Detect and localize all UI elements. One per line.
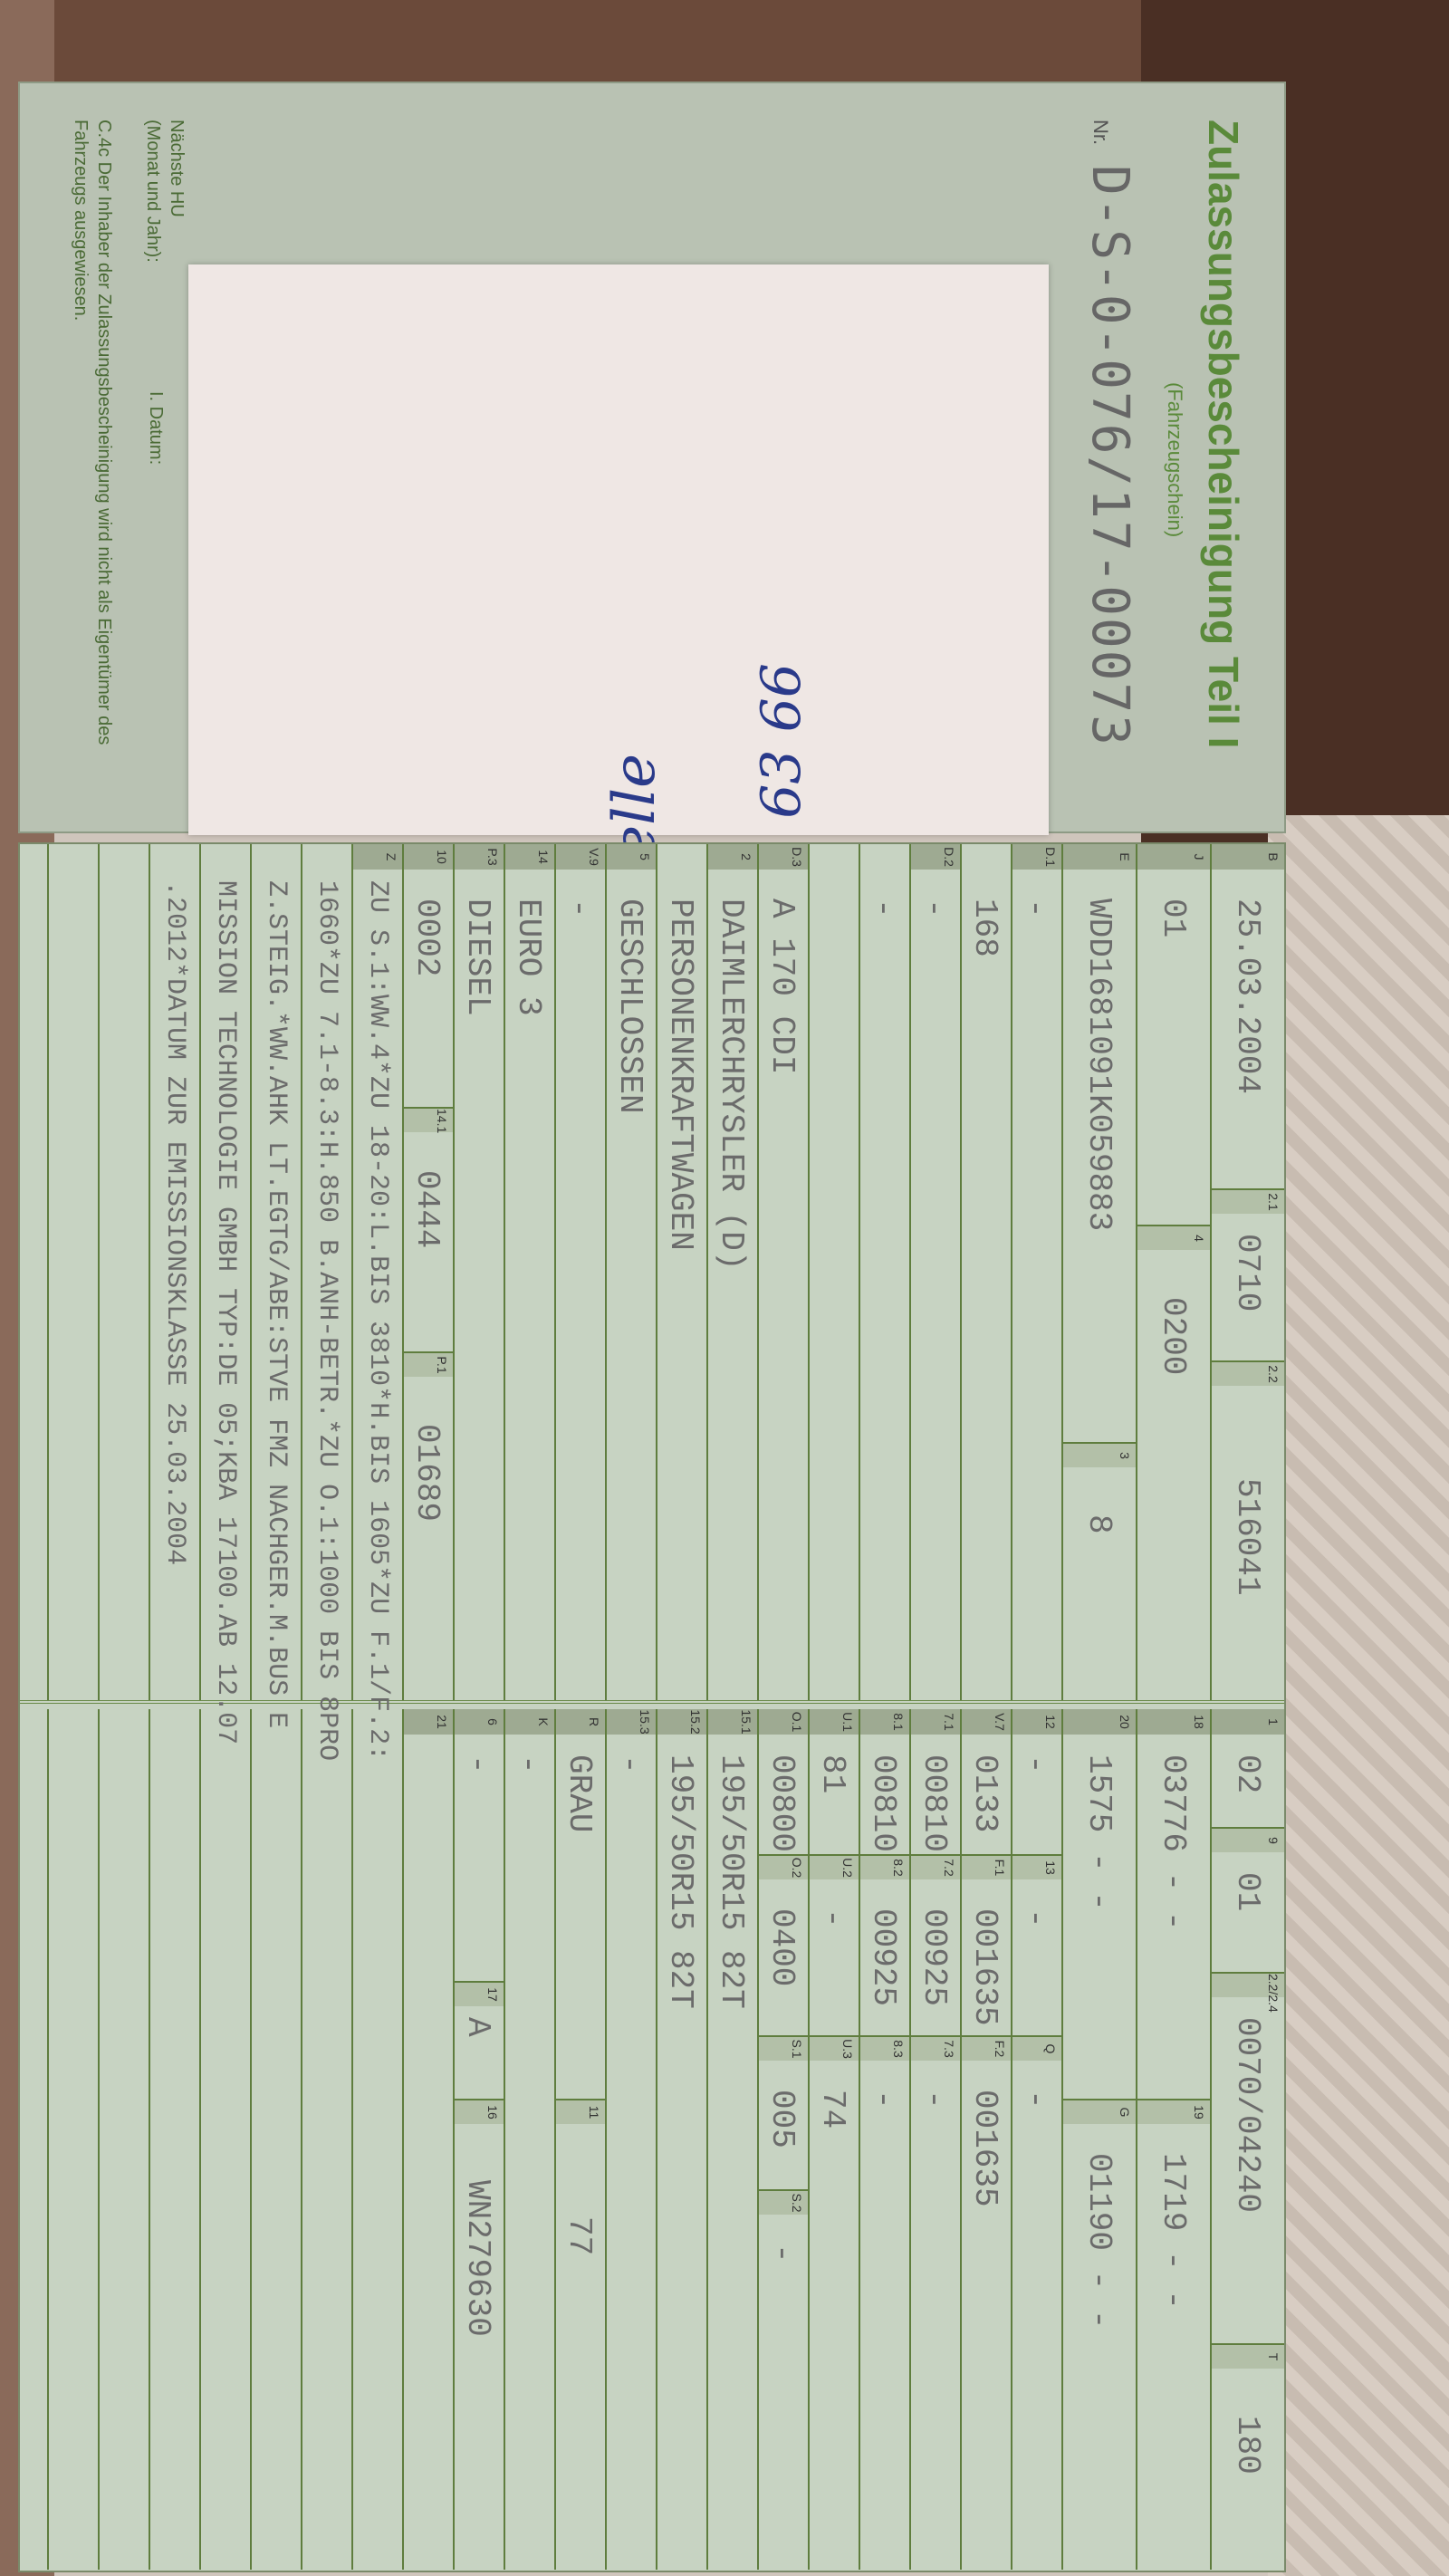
row-Z4: MISSION TECHNOLOGIE GMBH TYP:DE 05;KBA 1… <box>199 844 250 1700</box>
field-code: 15.2 <box>657 1709 706 1735</box>
variant-value: - <box>916 899 953 918</box>
body-style: GESCHLOSSEN <box>611 899 648 1114</box>
remarks-line-1: ZU S.1:WW.4*ZU 18-20:L.BIS 3810*H.BIS 16… <box>362 880 393 1761</box>
vehicle-class: 01 <box>1155 899 1192 937</box>
field-code: 17 <box>455 1981 504 2006</box>
row-2b: PERSONENKRAFTWAGEN <box>656 844 706 1700</box>
row-empty-1 <box>98 844 149 1700</box>
field-code: 9 <box>1212 1827 1284 1852</box>
towing-unbraked: 0400 <box>763 1908 801 1986</box>
owner-note: C.4c Der Inhaber der Zulassungsbescheini… <box>69 120 116 826</box>
tyre-axle-2: 195/50R15 82T <box>662 1754 699 2009</box>
row-empty-r5 <box>149 1709 199 2570</box>
towing-braked: 00800 <box>763 1754 801 1852</box>
field-code: 4 <box>1137 1225 1210 1250</box>
field-code: 2.1 <box>1212 1188 1284 1214</box>
field-9-value: 01 <box>1229 1872 1266 1911</box>
field-code: U.1 <box>810 1709 859 1735</box>
row-D1: D.1 - <box>1011 844 1061 1700</box>
model-name: A 170 CDI <box>763 899 801 1074</box>
field-2-2-value: 516041 <box>1229 1478 1266 1596</box>
remarks-line-4: MISSION TECHNOLOGIE GMBH TYP:DE 05;KBA 1… <box>210 880 241 1745</box>
noise-rpm: - <box>814 1908 851 1928</box>
axle-load-2: 00925 <box>916 1908 953 2006</box>
field-code: 10 <box>404 844 453 870</box>
field-code: 15.1 <box>708 1709 757 1735</box>
field-code: B <box>1212 844 1284 870</box>
first-registration-date: 25.03.2004 <box>1229 899 1266 1094</box>
axle-load-8-3: - <box>865 2090 902 2110</box>
check-digit: 8 <box>1080 1514 1118 1534</box>
field-code: V.9 <box>556 844 605 870</box>
vin: WDD1681091K059883 <box>1080 899 1118 1231</box>
field-code: D.2 <box>911 844 960 870</box>
field-code: G <box>1063 2099 1136 2124</box>
row-21: 21 <box>402 1709 453 2570</box>
field-q-value: - <box>1017 2090 1054 2110</box>
document-number: D-S-0-076/17-00073 <box>1080 165 1139 747</box>
height: 1575 - - <box>1080 1754 1118 1911</box>
color: GRAU <box>561 1754 598 1832</box>
field-code: 8.3 <box>860 2035 909 2061</box>
field-12-value: - <box>1017 1754 1054 1774</box>
row-V7: V.7 0133 F.1 001635 F.2 001635 <box>960 1709 1011 2570</box>
row-P3: P.3 DIESEL <box>453 844 504 1700</box>
row-U1: U.1 81 U.2 - U.3 74 <box>808 1709 859 2570</box>
document-title: Zulassungsbescheinigung Teil I <box>1199 120 1248 748</box>
emission-standard: EURO 3 <box>510 899 547 1016</box>
document-subtitle: (Fahrzeugschein) <box>1163 382 1186 537</box>
field-code: 16 <box>455 2099 504 2124</box>
background-blanket <box>1268 815 1449 2576</box>
row-D2: D.2 - <box>909 844 960 1700</box>
type-approval-number: - <box>510 1754 547 1774</box>
field-code: D.3 <box>759 844 808 870</box>
field-code: 1 <box>1212 1709 1284 1735</box>
row-12: 12 - 13 - Q - <box>1011 1709 1061 2570</box>
field-code: 19 <box>1137 2099 1210 2124</box>
row-V9: V.9 - <box>554 844 605 1700</box>
field-code: Q <box>1012 2035 1061 2061</box>
row-empty-r2 <box>301 1709 351 2570</box>
field-code: Z <box>353 844 402 870</box>
body-type-code: 0200 <box>1155 1297 1192 1375</box>
field-code: P.3 <box>455 844 504 870</box>
field-code: 13 <box>1012 1854 1061 1879</box>
remarks-line-3: Z.STEIG.*WW.AHK LT.EGTG/ABE:STVE FMZ NAC… <box>261 880 292 1728</box>
row-empty-r3 <box>250 1709 301 2570</box>
row-Z2: 1660*ZU 7.1-8.3:H.850 B.ANH-BETR.*ZU O.1… <box>301 844 351 1700</box>
field-code: U.2 <box>810 1854 859 1879</box>
field-code: 8.2 <box>860 1854 909 1879</box>
registration-document: Zulassungsbescheinigung Teil I (Fahrzeug… <box>18 82 1286 2572</box>
row-D1b: 168 <box>960 844 1011 1700</box>
fuel-type: DIESEL <box>459 899 496 1016</box>
tyre-axle-3: - <box>611 1754 648 1774</box>
field-code: 8.1 <box>860 1709 909 1735</box>
width: 1719 - - <box>1155 2153 1192 2310</box>
row-15-3: 15.3 - <box>605 1709 656 2570</box>
color-code: 77 <box>561 2216 598 2255</box>
field-code: J <box>1137 844 1210 870</box>
field-1-value: 02 <box>1229 1754 1266 1793</box>
row-Z3: Z.STEIG.*WW.AHK LT.EGTG/ABE:STVE FMZ NAC… <box>250 844 301 1700</box>
noise-standing: 81 <box>814 1754 851 1793</box>
field-code: T <box>1212 2343 1284 2369</box>
max-speed: 180 <box>1229 2416 1266 2475</box>
part2-number: WN279630 <box>459 2180 496 2337</box>
field-code: O.2 <box>759 1854 808 1879</box>
background-top <box>0 0 1141 91</box>
field-code: E <box>1063 844 1136 870</box>
field-17-value: A <box>459 2017 496 2037</box>
field-code: 20 <box>1063 1709 1136 1735</box>
row-2: 2 DAIMLERCHRYSLER (D) <box>706 844 757 1700</box>
co2-value: 0133 <box>966 1754 1003 1832</box>
field-2-2-2-4-value: 0070/04240 <box>1229 2017 1266 2213</box>
field-code: 6 <box>455 1709 504 1735</box>
row-7-1: 7.1 00810 7.2 00925 7.3 - <box>909 1709 960 2570</box>
field-6-value: - <box>459 1754 496 1774</box>
data-page: B 25.03.2004 2.1 0710 2.2 516041 J 01 4 … <box>18 842 1286 2572</box>
row-10: 10 0002 14.1 0444 P.1 01689 <box>402 844 453 1700</box>
field-14-1-value: 0444 <box>408 1170 446 1248</box>
field-code: U.3 <box>810 2035 859 2061</box>
number-label: Nr. <box>1089 120 1112 145</box>
row-R: R GRAU 11 77 <box>554 1709 605 2570</box>
row-blank <box>808 844 859 1700</box>
field-code: S.2 <box>759 2189 808 2215</box>
row-B: B 25.03.2004 2.1 0710 2.2 516041 <box>1210 844 1284 1700</box>
seats: 005 <box>763 2090 801 2148</box>
max-mass-f1: 001635 <box>966 1908 1003 2026</box>
emission-class-v9: - <box>561 899 598 918</box>
field-code: F.1 <box>962 1854 1011 1879</box>
field-code: V.7 <box>962 1709 1011 1735</box>
field-code: 14.1 <box>404 1107 453 1132</box>
field-code: 15.3 <box>607 1709 656 1735</box>
axle-load-1: 00810 <box>916 1754 953 1852</box>
field-code: 2.2 <box>1212 1360 1284 1386</box>
remarks-line-5: .2012*DATUM ZUR EMISSIONSKLASSE 25.03.20… <box>159 880 190 1565</box>
axle-load-8-1: 00810 <box>865 1754 902 1852</box>
row-15-2: 15.2 195/50R15 82T <box>656 1709 706 2570</box>
field-code: 3 <box>1063 1442 1136 1467</box>
vehicle-type: PERSONENKRAFTWAGEN <box>662 899 699 1251</box>
field-code: F.2 <box>962 2035 1011 2061</box>
row-D3: D.3 A 170 CDI <box>757 844 808 1700</box>
row-15-1: 15.1 195/50R15 82T <box>706 1709 757 2570</box>
version-value: - <box>865 899 902 918</box>
right-data-half: 1 02 9 01 2.2/2.4 0070/04240 T 180 18 03… <box>20 1709 1284 2570</box>
cover-page: Zulassungsbescheinigung Teil I (Fahrzeug… <box>18 82 1286 833</box>
field-code: 12 <box>1012 1709 1061 1735</box>
row-D2b: - <box>859 844 909 1700</box>
next-hu-label: Nächste HU (Monat und Jahr): <box>141 120 188 263</box>
row-6: 6 - 17 A 16 WN279630 <box>453 1709 504 2570</box>
noise-driving: 74 <box>814 2090 851 2129</box>
field-code: 7.1 <box>911 1709 960 1735</box>
axle-load-3: - <box>916 2090 953 2110</box>
row-K: K - <box>504 1709 554 2570</box>
field-code: 2.2/2.4 <box>1212 1972 1284 1997</box>
row-empty-r4 <box>199 1709 250 2570</box>
axle-load-8-2: 00925 <box>865 1908 902 2006</box>
field-code: R <box>556 1709 605 1735</box>
field-code: 18 <box>1137 1709 1210 1735</box>
row-1: 1 02 9 01 2.2/2.4 0070/04240 T 180 <box>1210 1709 1284 2570</box>
row-18: 18 03776 - - 19 1719 - - <box>1136 1709 1210 2570</box>
field-2-1-value: 0710 <box>1229 1234 1266 1312</box>
remarks-line-2: 1660*ZU 7.1-8.3:H.850 B.ANH-BETR.*ZU O.1… <box>312 880 342 1761</box>
field-code: 5 <box>607 844 656 870</box>
tyre-axle-1: 195/50R15 82T <box>713 1754 750 2009</box>
row-O1: O.1 00800 O.2 0400 S.1 005 S.2 - <box>757 1709 808 2570</box>
row-20: 20 1575 - - G 01190 - - <box>1061 1709 1136 2570</box>
field-13-value: - <box>1017 1908 1054 1928</box>
field-code: 14 <box>505 844 554 870</box>
type-value: 168 <box>966 899 1003 957</box>
field-code: K <box>505 1709 554 1735</box>
row-8-1: 8.1 00810 8.2 00925 8.3 - <box>859 1709 909 2570</box>
row-5: 5 GESCHLOSSEN <box>605 844 656 1700</box>
row-J: J 01 4 0200 <box>1136 844 1210 1700</box>
datum-label: I. Datum: <box>145 391 166 465</box>
max-mass-f2: 001635 <box>966 2090 1003 2207</box>
brand-value: - <box>1017 899 1054 918</box>
field-code: S.1 <box>759 2035 808 2061</box>
manufacturer: DAIMLERCHRYSLER (D) <box>713 899 750 1270</box>
row-14: 14 EURO 3 <box>504 844 554 1700</box>
displacement: 01689 <box>408 1424 446 1522</box>
left-data-half: B 25.03.2004 2.1 0710 2.2 516041 J 01 4 … <box>20 844 1284 1704</box>
field-code: 2 <box>708 844 757 870</box>
standing-places: - <box>763 2244 801 2264</box>
row-empty-r6 <box>98 1709 149 2570</box>
row-empty-r7 <box>47 1709 98 2570</box>
empty-weight: 01190 - - <box>1080 2153 1118 2329</box>
length: 03776 - - <box>1155 1754 1192 1930</box>
field-code: 7.2 <box>911 1854 960 1879</box>
row-empty-2 <box>47 844 98 1700</box>
field-code: D.1 <box>1012 844 1061 870</box>
row-empty-r1 <box>351 1709 402 2570</box>
row-Z1: Z ZU S.1:WW.4*ZU 18-20:L.BIS 3810*H.BIS … <box>351 844 402 1700</box>
handwritten-paper-slip: stelle 63 66 <box>188 264 1049 835</box>
field-code: 7.3 <box>911 2035 960 2061</box>
handwritten-line-2: 63 66 <box>750 663 813 819</box>
field-code: 11 <box>556 2099 605 2124</box>
row-E: E WDD1681091K059883 3 8 <box>1061 844 1136 1700</box>
field-code: P.1 <box>404 1351 453 1377</box>
field-10-value: 0002 <box>408 899 446 976</box>
field-code: O.1 <box>759 1709 808 1735</box>
row-Z5: .2012*DATUM ZUR EMISSIONSKLASSE 25.03.20… <box>149 844 199 1700</box>
field-code: 21 <box>404 1709 453 1735</box>
